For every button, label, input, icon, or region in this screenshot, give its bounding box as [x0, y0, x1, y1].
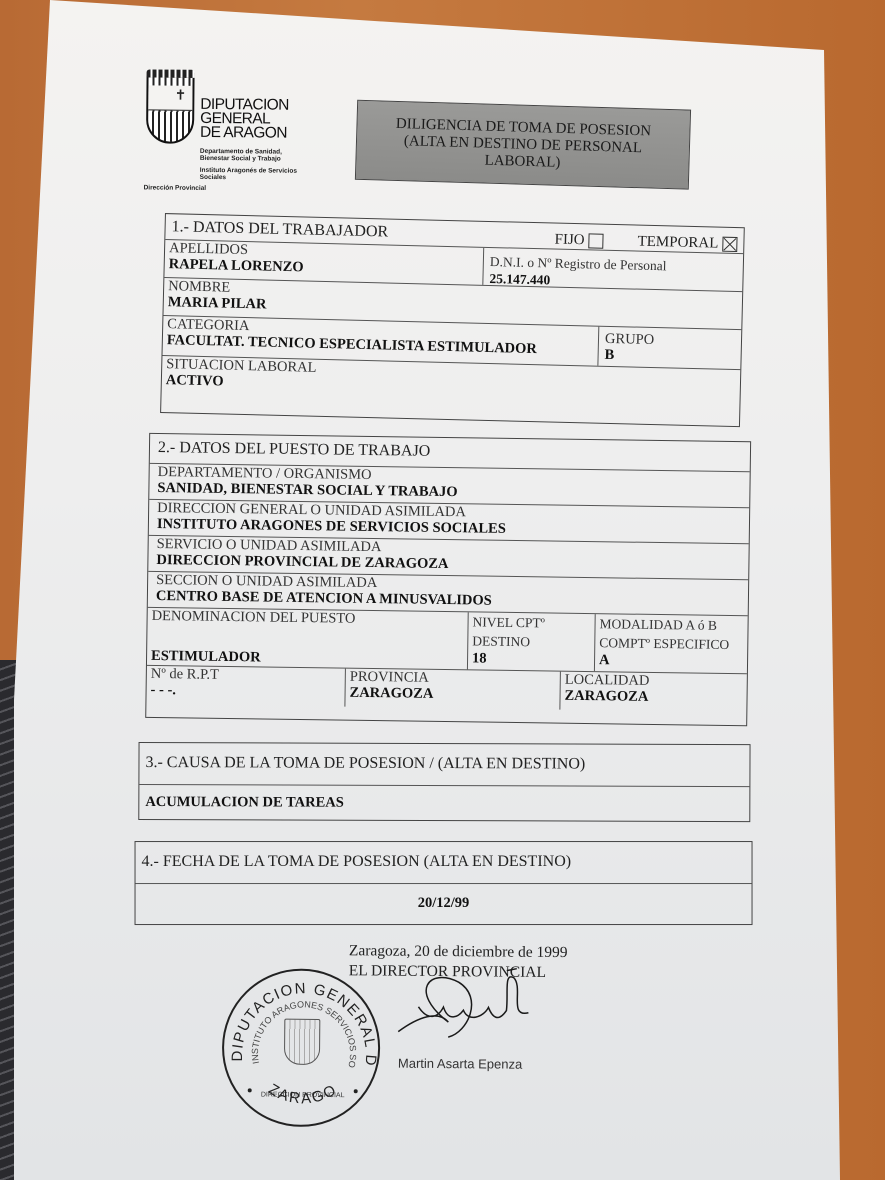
section-heading: 2.- DATOS DEL PUESTO DE TRABAJO [158, 439, 431, 460]
modalidad-label: MODALIDAD A ó B [599, 614, 743, 635]
stamp-shield-icon [284, 1019, 320, 1065]
rpt-label: Nº de R.P.T [151, 666, 341, 685]
signer-name: Martin Asarta Epenza [398, 1056, 522, 1072]
signature-icon [388, 962, 539, 1053]
document: ✝ DIPUTACION GENERAL DE ARAGON Departame… [0, 0, 885, 1180]
grupo-label: GRUPO [605, 331, 735, 350]
section-cause: 3.- CAUSA DE LA TOMA DE POSESION / (ALTA… [138, 742, 750, 822]
modalidad-label-2: COMPTº ESPECIFICO [599, 633, 743, 654]
document-title: DILIGENCIA DE TOMA DE POSESION (ALTA EN … [355, 100, 691, 190]
place-date: Zaragoza, 20 de diciembre de 1999 [349, 941, 568, 963]
grupo-value: B [604, 347, 734, 367]
section-worker-data: 1.- DATOS DEL TRABAJADOR FIJO TEMPORAL A… [160, 213, 745, 427]
section-heading: 3.- CAUSA DE LA TOMA DE POSESION / (ALTA… [145, 754, 585, 773]
nivel-label-2: DESTINO [472, 631, 590, 652]
temporal-option[interactable]: TEMPORAL [637, 234, 737, 253]
department-name: Departamento de Sanidad, Bienestar Socia… [200, 148, 282, 163]
section-date: 4.- FECHA DE LA TOMA DE POSESION (ALTA E… [135, 841, 753, 925]
fijo-label: FIJO [554, 232, 584, 250]
localidad-value: ZARAGOZA [564, 688, 742, 707]
header-logo: ✝ DIPUTACION GENERAL DE ARAGON Departame… [145, 71, 346, 203]
section-job-data: 2.- DATOS DEL PUESTO DE TRABAJO DEPARTAM… [145, 433, 751, 726]
modalidad-value: A [599, 652, 743, 671]
fijo-option[interactable]: FIJO [554, 232, 603, 250]
official-stamp: DIPUTACION GENERAL DE ARAGON INSTITUTO A… [221, 968, 380, 1127]
temporal-label: TEMPORAL [637, 234, 718, 253]
fijo-checkbox[interactable] [588, 233, 603, 248]
nivel-value: 18 [472, 650, 590, 669]
date-value: 20/12/99 [418, 895, 470, 911]
section-heading: 4.- FECHA DE LA TOMA DE POSESION (ALTA E… [142, 853, 572, 870]
rpt-value: - - -. [150, 682, 340, 702]
denominacion-label: DENOMINACION DEL PUESTO [152, 608, 464, 628]
provincia-value: ZARAGOZA [349, 685, 555, 705]
coat-of-arms-icon: ✝ [146, 75, 195, 143]
nivel-label: NIVEL CPTº [472, 612, 590, 633]
institute-name: Instituto Aragonés de Servicios Sociales [200, 167, 297, 182]
organization-name: DIPUTACION GENERAL DE ARAGON [200, 98, 289, 141]
temporal-checkbox[interactable] [722, 237, 737, 252]
cause-value: ACUMULACION DE TAREAS [145, 794, 344, 811]
office-name: Dirección Provincial [144, 184, 207, 192]
